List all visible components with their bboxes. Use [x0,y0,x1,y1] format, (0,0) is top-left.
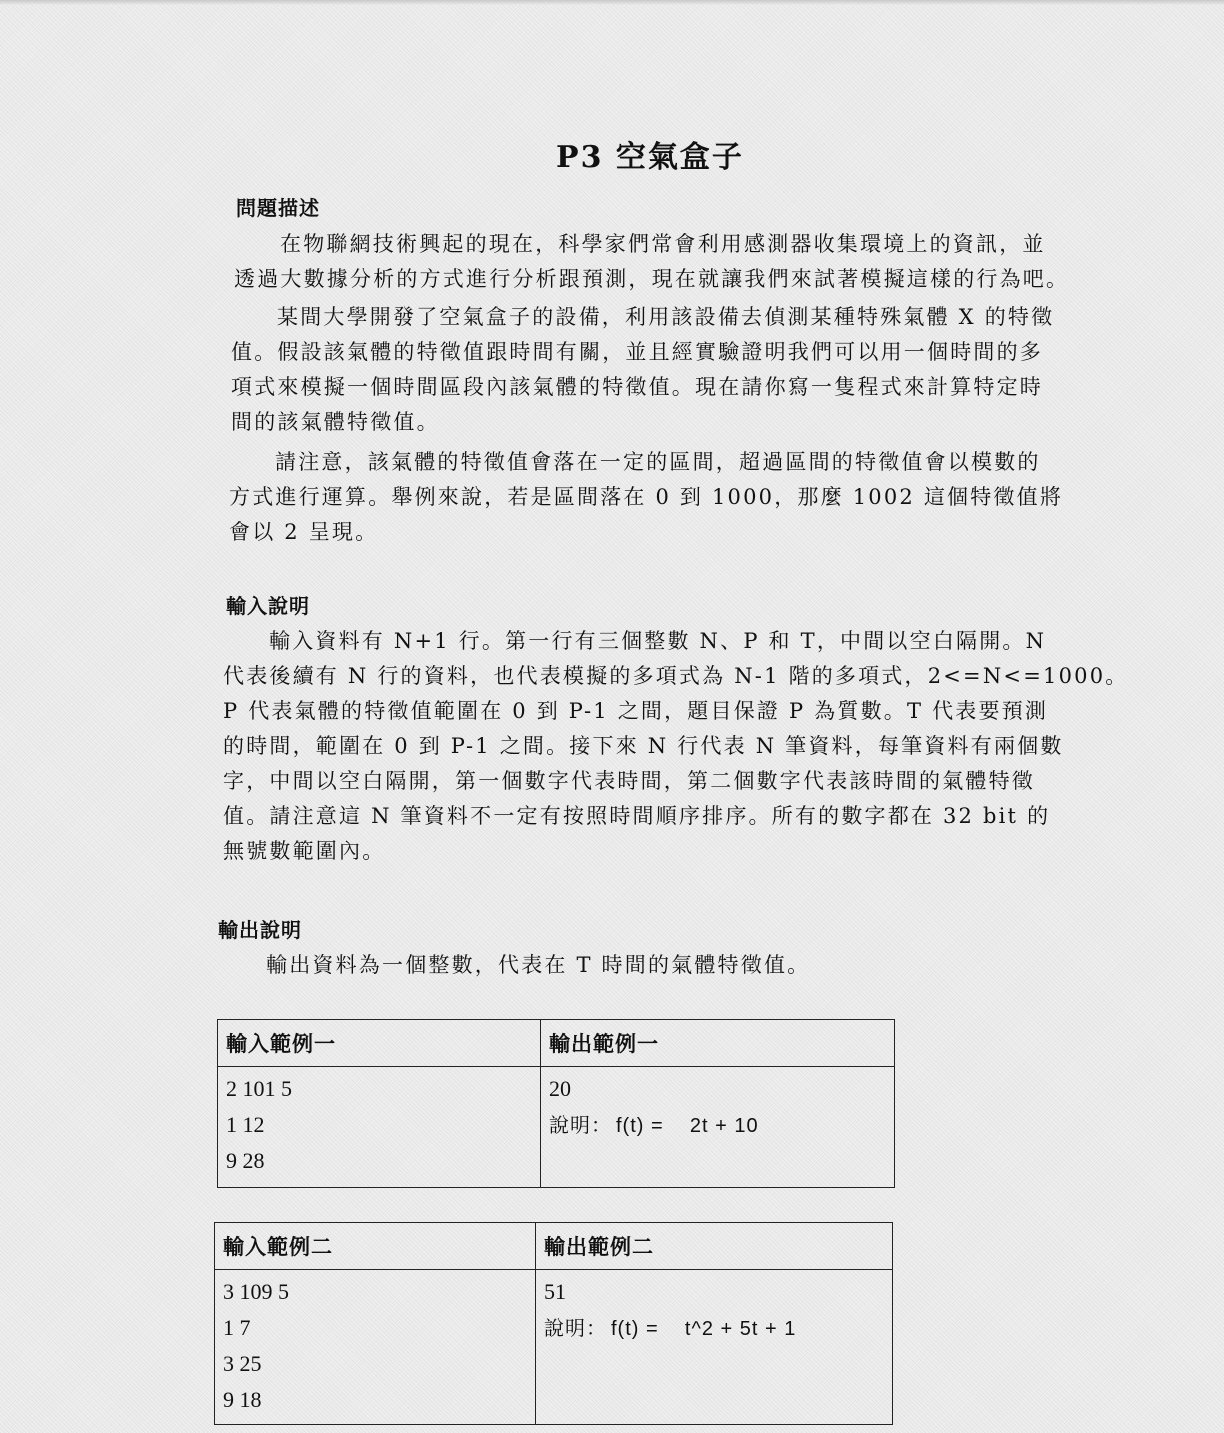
sample-output-cell: 20 說明：f(t) = 2t + 10 [541,1067,895,1188]
text-line: 字，中間以空白隔開，第一個數字代表時間，第二個數字代表該時間的氣體特徵 [223,764,1128,799]
text-line: 在物聯網技術興起的現在，科學家們常會利用感測器收集環境上的資訊，並 [234,227,1069,262]
text-line: 的時間，範圍在 0 到 P-1 之間。接下來 N 行代表 N 筆資料，每筆資料有… [223,729,1128,764]
explain-formula: f(t) = 2t + 10 [616,1115,759,1137]
description-paragraph-3: 請注意，該氣體的特徵值會落在一定的區間，超過區間的特徵值會以模數的 方式進行運算… [229,445,1063,550]
explain-label: 說明： [544,1316,607,1340]
text-line: 值。假設該氣體的特徵值跟時間有關，並且經實驗證明我們可以用一個時間的多 [231,335,1054,370]
sample-input-header: 輸入範例一 [218,1020,541,1067]
text-line: 透過大數據分析的方式進行分析跟預測，現在就讓我們來試著模擬這樣的行為吧。 [234,262,1069,297]
text-line: 輸出資料為一個整數，代表在 T 時間的氣體特徵值。 [220,948,810,983]
explain-label: 說明： [549,1113,612,1137]
section-heading-description: 問題描述 [236,192,320,221]
text-line: 方式進行運算。舉例來說，若是區間落在 0 到 1000，那麼 1002 這個特徵… [229,480,1063,515]
sample-output-header: 輸出範例一 [541,1020,895,1067]
text-line: 間的該氣體特徵值。 [231,405,1054,440]
sample-input-line: 2 101 5 [226,1071,532,1107]
sample-explanation: 說明：f(t) = t^2 + 5t + 1 [544,1310,884,1346]
sample-input-line: 1 7 [223,1310,527,1346]
sample-input-line: 9 18 [223,1382,527,1418]
section-heading-output: 輸出說明 [218,914,302,943]
text-line: P 代表氣體的特徵值範圍在 0 到 P-1 之間，題目保證 P 為質數。T 代表… [223,694,1128,729]
sample-explanation: 說明：f(t) = 2t + 10 [549,1107,886,1143]
scan-top-edge [0,0,1224,5]
sample-input-line: 3 109 5 [223,1274,527,1310]
text-line: 代表後續有 N 行的資料，也代表模擬的多項式為 N-1 階的多項式，2<=N<=… [223,659,1128,694]
text-line: 會以 2 呈現。 [229,515,1063,550]
input-description: 輸入資料有 N+1 行。第一行有三個整數 N、P 和 T，中間以空白隔開。N 代… [223,624,1128,869]
page-title: P3 空氣盒子 [0,132,1224,176]
sample-table-2: 輸入範例二 輸出範例二 3 109 5 1 7 3 25 9 18 51 說明：… [214,1222,893,1425]
sample-input-cell: 2 101 5 1 12 9 28 [218,1067,541,1188]
sample-input-cell: 3 109 5 1 7 3 25 9 18 [215,1270,536,1425]
sample-output-value: 20 [549,1071,886,1107]
sample-input-line: 9 28 [226,1143,532,1179]
section-heading-input: 輸入說明 [226,590,310,619]
explain-formula: f(t) = t^2 + 5t + 1 [611,1318,796,1340]
sample-table-1: 輸入範例一 輸出範例一 2 101 5 1 12 9 28 20 說明：f(t)… [217,1019,895,1188]
text-line: 項式來模擬一個時間區段內該氣體的特徵值。現在請你寫一隻程式來計算特定時 [231,370,1054,405]
text-line: 請注意，該氣體的特徵值會落在一定的區間，超過區間的特徵值會以模數的 [229,445,1063,480]
description-paragraph-2: 某間大學開發了空氣盒子的設備，利用該設備去偵測某種特殊氣體 X 的特徵 值。假設… [231,300,1054,440]
text-line: 值。請注意這 N 筆資料不一定有按照時間順序排序。所有的數字都在 32 bit … [223,799,1128,834]
text-line: 某間大學開發了空氣盒子的設備，利用該設備去偵測某種特殊氣體 X 的特徵 [231,300,1054,335]
sample-input-header: 輸入範例二 [215,1223,536,1270]
sample-output-header: 輸出範例二 [536,1223,893,1270]
sample-output-value: 51 [544,1274,884,1310]
text-line: 無號數範圍內。 [223,834,1128,869]
text-line: 輸入資料有 N+1 行。第一行有三個整數 N、P 和 T，中間以空白隔開。N [223,624,1128,659]
sample-input-line: 3 25 [223,1346,527,1382]
sample-output-cell: 51 說明：f(t) = t^2 + 5t + 1 [536,1270,893,1425]
output-description: 輸出資料為一個整數，代表在 T 時間的氣體特徵值。 [220,948,810,983]
sample-input-line: 1 12 [226,1107,532,1143]
description-paragraph-1: 在物聯網技術興起的現在，科學家們常會利用感測器收集環境上的資訊，並 透過大數據分… [234,227,1069,297]
